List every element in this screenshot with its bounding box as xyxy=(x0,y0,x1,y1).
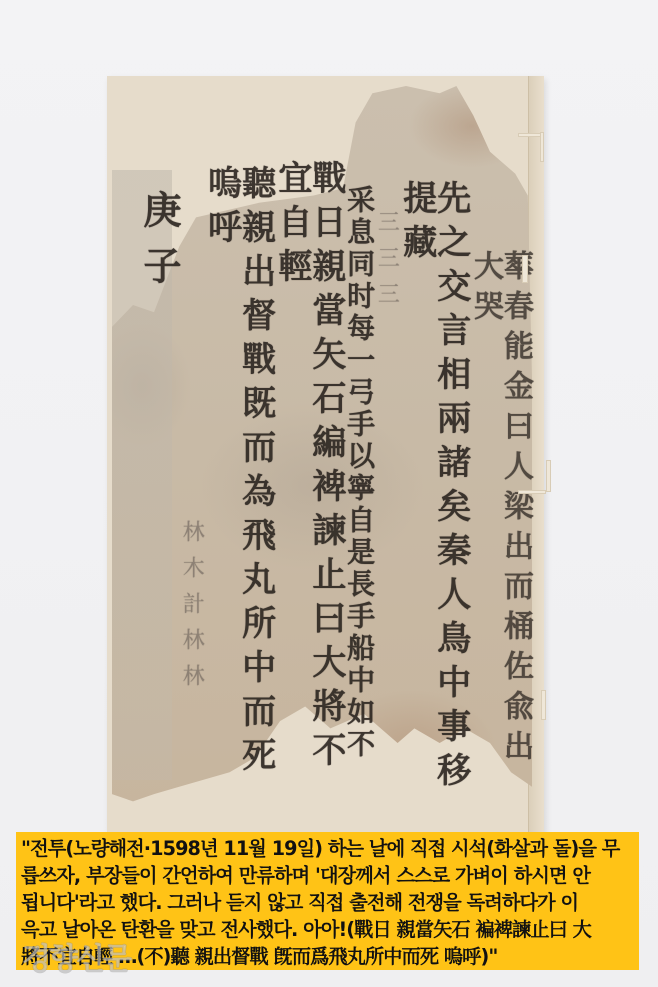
caption-line: 릅쓰자, 부장들이 간언하여 만류하며 '대장께서 스스로 가벼이 하시면 안 xyxy=(21,862,633,889)
calligraphy-column: 采息同时每一弓手以寧自是長手船中如不 xyxy=(345,185,373,800)
calligraphy-column: 林木計林林 xyxy=(180,520,202,800)
binding-string xyxy=(518,490,546,494)
calligraphy-column: 蕐春能金曰人梁出而桶佐兪出大哭 xyxy=(470,250,530,800)
caption-line: "전투(노량해전·1598년 11월 19일) 하는 날에 직접 시석(화살과 … xyxy=(21,835,633,862)
publisher-watermark: 경향신문 xyxy=(22,934,130,978)
manuscript-title: 庚子 xyxy=(140,190,178,800)
binding-string xyxy=(540,132,544,162)
binding-string xyxy=(541,690,546,720)
binding-string xyxy=(518,133,542,137)
calligraphy-column: 戰日親當矢石編裨諫止曰大將不宜自輕 xyxy=(275,160,343,800)
binding-string xyxy=(546,460,551,492)
calligraphy-column: 先之交言相兩諸矣秦人鳥中事移提藏 xyxy=(400,180,468,800)
calligraphy-text: 蕐春能金曰人梁出而桶佐兪出大哭 先之交言相兩諸矣秦人鳥中事移提藏 三三三 采息同… xyxy=(130,100,530,800)
binding-string xyxy=(522,255,528,283)
calligraphy-column: 聽親出督戰既而為飛丸所中而死嗚呼 xyxy=(205,165,273,800)
caption-line: 됩니다'라고 했다. 그러나 듣지 않고 직접 출전해 전쟁을 독려하다가 이 xyxy=(21,889,633,916)
calligraphy-column: 三三三 xyxy=(375,210,397,800)
